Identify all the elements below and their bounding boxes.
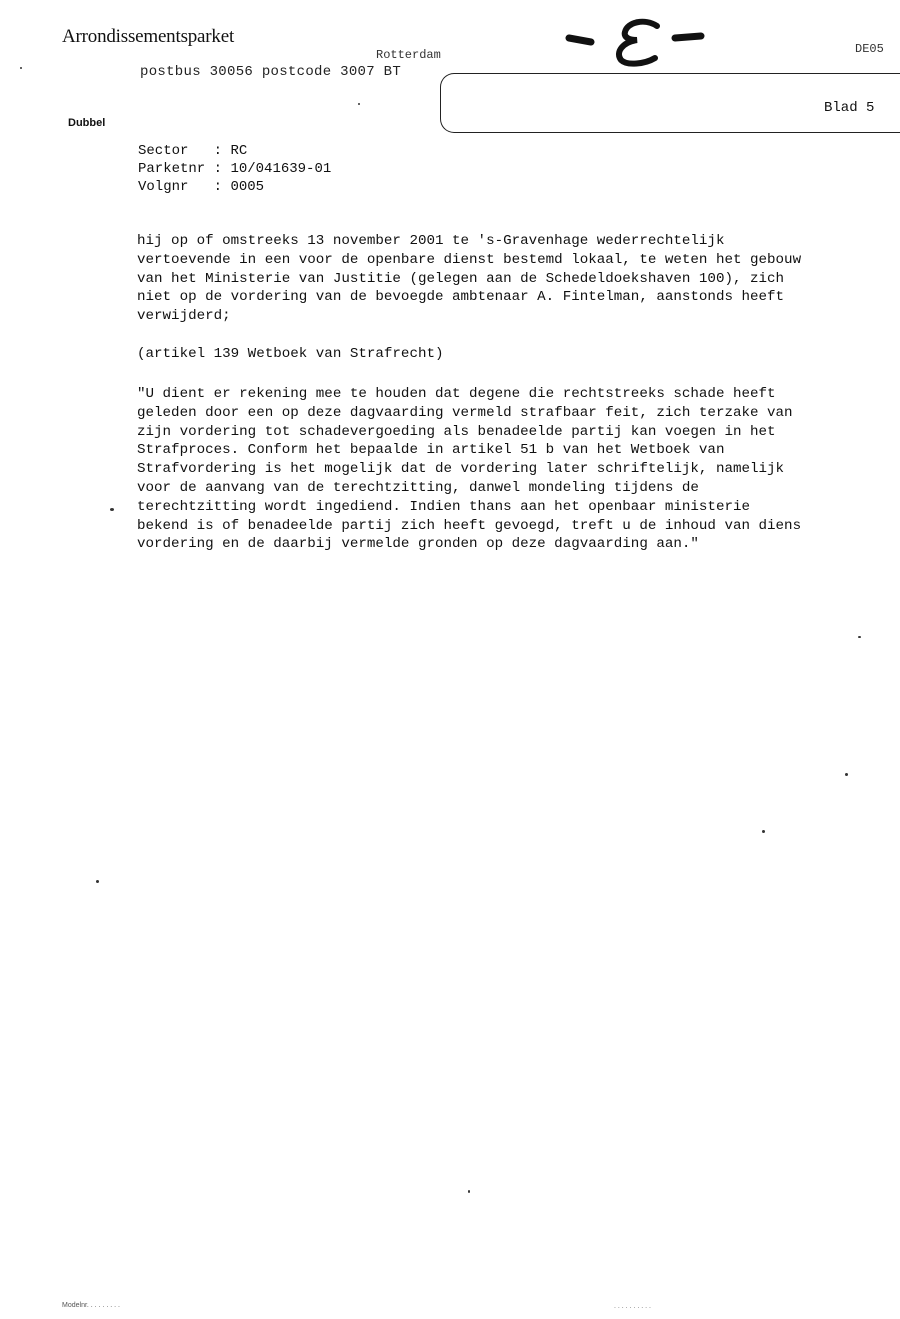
meta-row-volgnr: Volgnr : 0005 xyxy=(138,178,331,196)
meta-label: Volgnr xyxy=(138,179,205,195)
scan-speck xyxy=(845,773,848,776)
copy-label: Dubbel xyxy=(68,117,105,129)
meta-row-parketnr: Parketnr : 10/041639-01 xyxy=(138,160,331,178)
postal-address: postbus 30056 postcode 3007 BT xyxy=(140,64,401,80)
organization-name: Arrondissementsparket xyxy=(62,26,234,48)
meta-value: RC xyxy=(230,143,247,159)
meta-value: 10/041639-01 xyxy=(230,161,331,177)
scan-speck xyxy=(468,1190,470,1193)
page-number: Blad 5 xyxy=(824,100,874,116)
charge-paragraph: hij op of omstreeks 13 november 2001 te … xyxy=(137,232,801,326)
scan-speck xyxy=(358,103,360,105)
document-code: DE05 xyxy=(855,42,884,56)
footer-model-number: Modelnr. . . . . . . . . xyxy=(62,1302,120,1309)
meta-value: 0005 xyxy=(230,179,264,195)
meta-label: Sector xyxy=(138,143,205,159)
victim-notice-paragraph: "U dient er rekening mee te houden dat d… xyxy=(137,385,801,554)
city-name: Rotterdam xyxy=(376,48,441,62)
case-metadata: Sector : RC Parketnr : 10/041639-01 Volg… xyxy=(138,142,331,196)
meta-label: Parketnr xyxy=(138,161,205,177)
scan-speck xyxy=(96,880,99,883)
scan-speck xyxy=(110,508,114,511)
scan-speck xyxy=(762,830,765,833)
meta-row-sector: Sector : RC xyxy=(138,142,331,160)
article-reference: (artikel 139 Wetboek van Strafrecht) xyxy=(137,345,444,364)
footer-right-text: . . . . . . . . . . xyxy=(614,1303,651,1310)
scan-speck xyxy=(858,636,861,638)
handwritten-e-mark xyxy=(565,10,715,70)
scan-speck xyxy=(20,67,22,69)
